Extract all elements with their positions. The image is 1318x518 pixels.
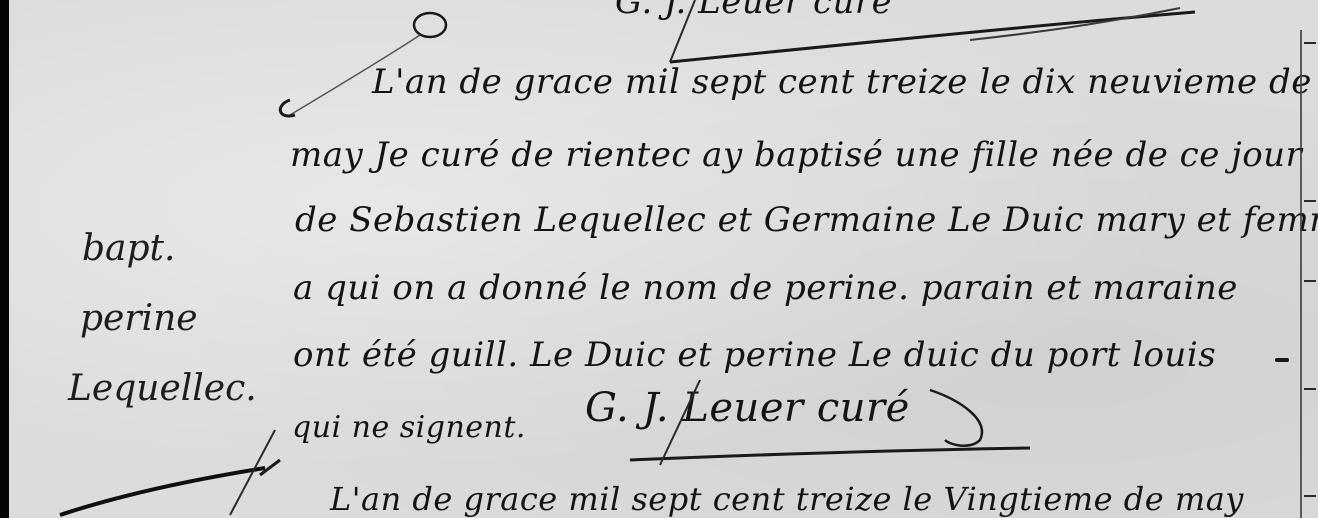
previous-entry-underline-icon <box>640 0 1200 70</box>
entry-line-2: may Je curé de rientec ay baptisé une fi… <box>290 135 1302 175</box>
register-page: G. J. Leuer cure bapt. perine Lequellec.… <box>0 0 1318 518</box>
entry-line-3: de Sebastien Lequellec et Germaine Le Du… <box>295 200 1318 240</box>
page-edge-shadow <box>0 0 9 518</box>
margin-note-bapt: bapt. <box>82 228 175 269</box>
margin-note-surname: Lequellec. <box>68 368 257 409</box>
entry-line-4: a qui on a donné le nom de perine. parai… <box>293 268 1238 308</box>
right-margin-rule <box>1300 30 1302 518</box>
entry-line-1: L'an de grace mil sept cent treize le di… <box>372 62 1312 102</box>
signature-paraph-icon <box>600 370 1040 470</box>
next-entry-fragment: L'an de grace mil sept cent treize le Vi… <box>330 480 1244 518</box>
margin-dash-mark <box>1275 358 1289 362</box>
entry-line-6: qui ne signent. <box>292 410 526 445</box>
margin-note-name: perine <box>80 298 198 339</box>
margin-slash-strokes-icon <box>40 420 300 518</box>
entry-line-5: ont été guill. Le Duic et perine Le duic… <box>293 335 1216 375</box>
